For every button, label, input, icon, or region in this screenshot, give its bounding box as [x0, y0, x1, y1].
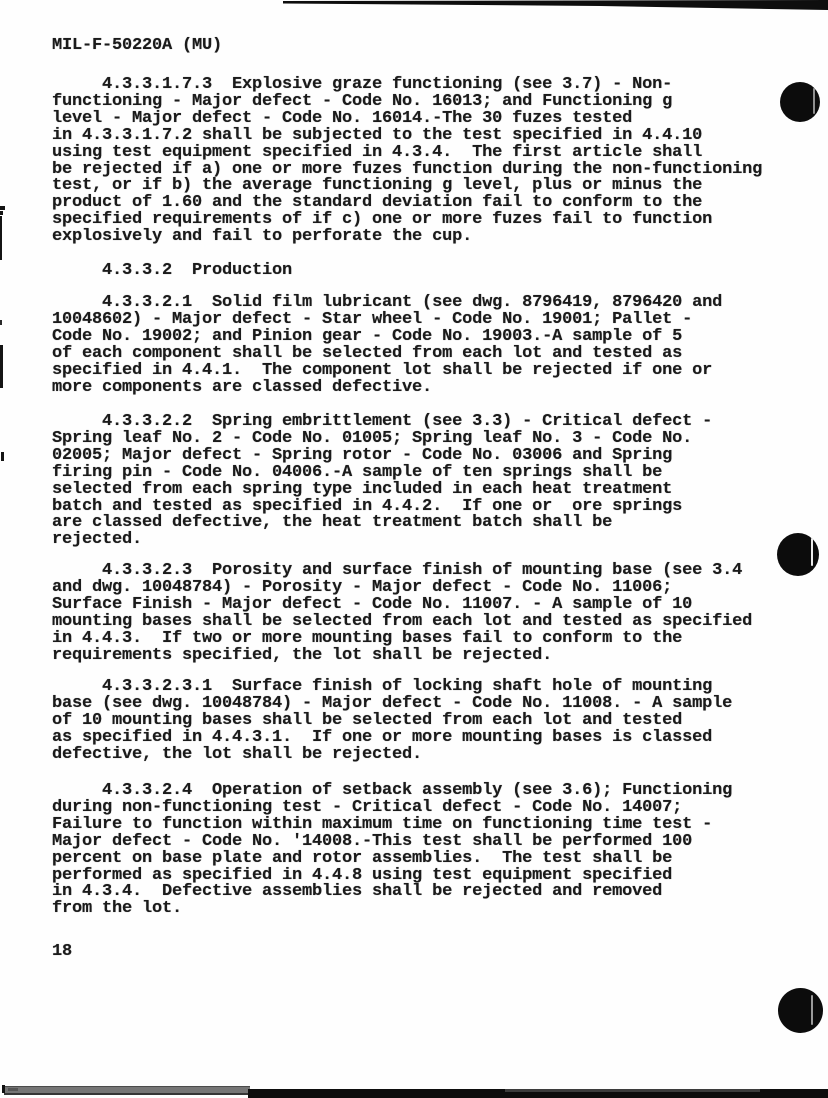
left-edge-scan-mark	[0, 216, 2, 260]
paragraph-4-3-3-2-2: 4.3.3.2.2 Spring embrittlement (see 3.3)…	[52, 414, 712, 549]
punch-hole-mark-top	[780, 82, 820, 122]
paragraph-4-3-3-2-1: 4.3.3.2.1 Solid film lubricant (see dwg.…	[52, 295, 722, 396]
left-edge-scan-mark	[0, 345, 3, 388]
punch-hole-highlight	[811, 995, 813, 1025]
punch-hole-mark-bottom	[778, 988, 823, 1033]
left-edge-scan-mark	[0, 206, 5, 210]
scan-bottom-edge-gray-segment	[4, 1086, 250, 1095]
paragraph-4-3-3-2-4: 4.3.3.2.4 Operation of setback assembly …	[52, 783, 732, 918]
punch-hole-highlight	[813, 88, 815, 114]
scan-speck	[2, 1085, 5, 1093]
scan-top-edge-bar	[0, 0, 828, 12]
punch-hole-mark-middle	[777, 533, 819, 576]
spec-number-header: MIL-F-50220A (MU)	[52, 38, 222, 55]
section-heading-4-3-3-2-production: 4.3.3.2 Production	[52, 263, 292, 280]
scan-bottom-edge-mid-tone	[505, 1089, 760, 1092]
scan-speck	[8, 1088, 18, 1091]
left-edge-scan-mark	[0, 211, 3, 215]
left-edge-scan-mark	[0, 320, 2, 325]
punch-hole-highlight	[811, 538, 813, 566]
paragraph-4-3-3-2-3-1: 4.3.3.2.3.1 Surface finish of locking sh…	[52, 679, 732, 764]
page-number: 18	[52, 944, 72, 961]
left-edge-scan-mark	[1, 452, 4, 461]
paragraph-4-3-3-1-7-3: 4.3.3.1.7.3 Explosive graze functioning …	[52, 77, 762, 246]
paragraph-4-3-3-2-3: 4.3.3.2.3 Porosity and surface finish of…	[52, 563, 752, 664]
scanned-document-page: MIL-F-50220A (MU) 4.3.3.1.7.3 Explosive …	[0, 0, 828, 1098]
